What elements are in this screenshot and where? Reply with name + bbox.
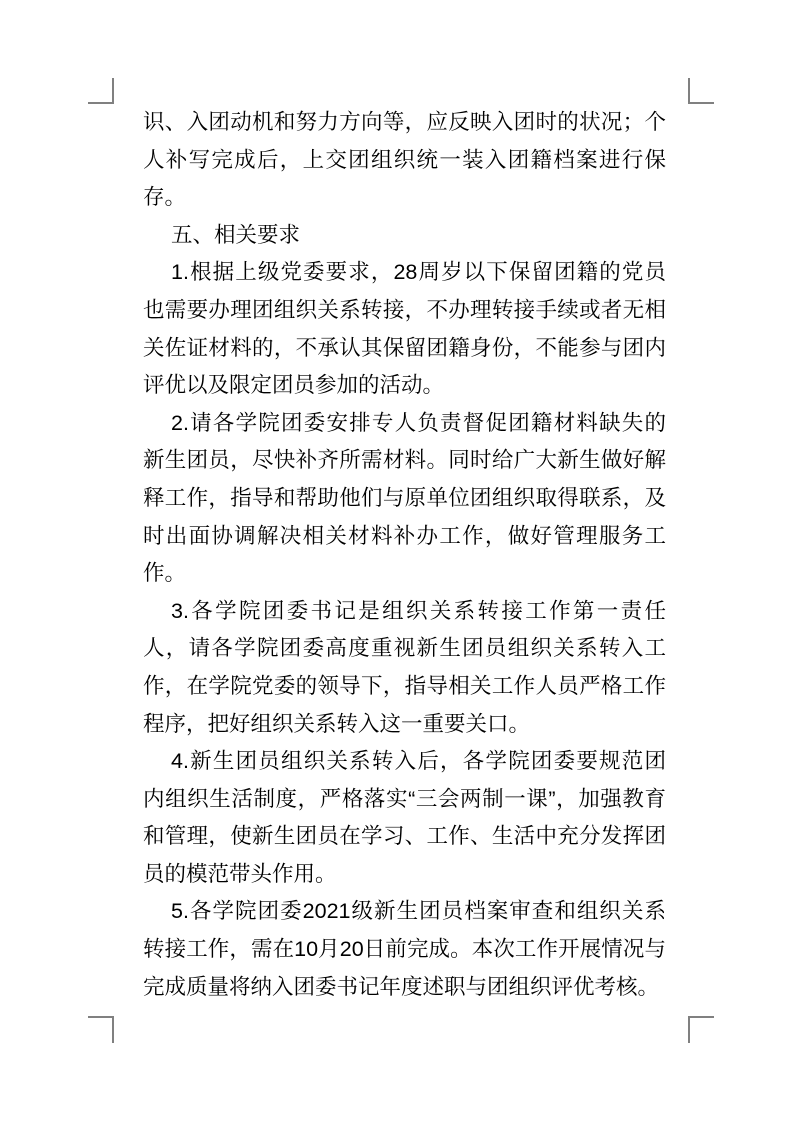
text-line: 2.请各学院团委安排专人负责督促团籍材料缺失的 — [143, 405, 666, 443]
text-line: 时出面协调解决相关材料补办工作，做好管理服务工 — [143, 518, 666, 556]
text-line: 关佐证材料的，不承认其保留团籍身份，不能参与团内 — [143, 330, 666, 368]
text-line: 完成质量将纳入团委书记年度述职与团组织评优考核。 — [143, 969, 666, 1007]
text-line: 也需要办理团组织关系转接，不办理转接手续或者无相 — [143, 292, 666, 330]
text-line: 1.根据上级党委要求，28周岁以下保留团籍的党员 — [143, 254, 666, 292]
text-line: 作。 — [143, 555, 666, 593]
text-line: 4.新生团员组织关系转入后，各学院团委要规范团 — [143, 743, 666, 781]
text-line: 存。 — [143, 179, 666, 217]
text-line: 新生团员，尽快补齐所需材料。同时给广大新生做好解 — [143, 442, 666, 480]
text-line: 作，在学院党委的领导下，指导相关工作人员严格工作 — [143, 668, 666, 706]
text-line: 3.各学院团委书记是组织关系转接工作第一责任 — [143, 593, 666, 631]
text-line: 员的模范带头作用。 — [143, 856, 666, 894]
text-line: 人，请各学院团委高度重视新生团员组织关系转入工 — [143, 630, 666, 668]
text-line: 释工作，指导和帮助他们与原单位团组织取得联系，及 — [143, 480, 666, 518]
text-line: 转接工作，需在10月20日前完成。本次工作开展情况与 — [143, 931, 666, 969]
text-line: 人补写完成后，上交团组织统一装入团籍档案进行保 — [143, 142, 666, 180]
text-line: 程序，把好组织关系转入这一重要关口。 — [143, 706, 666, 744]
text-line: 评优以及限定团员参加的活动。 — [143, 367, 666, 405]
text-line: 内组织生活制度，严格落实“三会两制一课”，加强教育 — [143, 781, 666, 819]
text-line: 和管理，使新生团员在学习、工作、生活中充分发挥团 — [143, 818, 666, 856]
document-page: 识、入团动机和努力方向等，应反映入团时的状况；个人补写完成后，上交团组织统一装入… — [0, 0, 794, 1123]
text-line: 五、相关要求 — [143, 217, 666, 255]
document-body: 识、入团动机和努力方向等，应反映入团时的状况；个人补写完成后，上交团组织统一装入… — [143, 104, 666, 1006]
text-line: 5.各学院团委2021级新生团员档案审查和组织关系 — [143, 893, 666, 931]
text-line: 识、入团动机和努力方向等，应反映入团时的状况；个 — [143, 104, 666, 142]
